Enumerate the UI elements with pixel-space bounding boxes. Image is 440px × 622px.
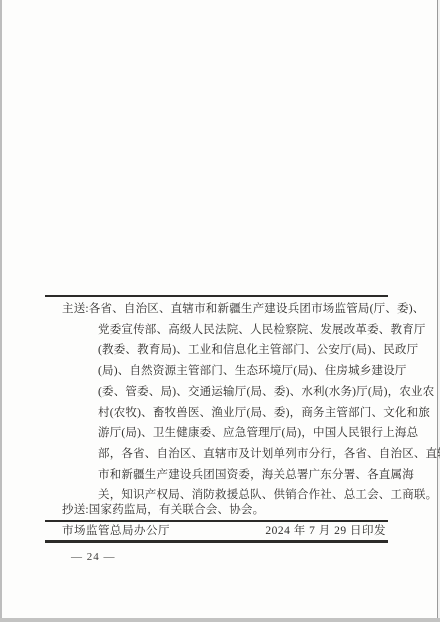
recipient-line: (局)、自然资源主管部门、生态环境厅(局)、住房城乡建设厅 (98, 361, 387, 382)
recipient-line: (教委、教育局)、工业和信息化主管部门、公安厅(局)、民政厅 (98, 340, 387, 361)
recipients-top-rule (45, 295, 388, 297)
recipient-line: 部，各省、自治区、直辖市及计划单列市分行，各省、自治区、直辖 (98, 444, 387, 465)
document-page: 主送:各省、自治区、直辖市和新疆生产建设兵团市场监管局(厅、委)、 党委宣传部、… (0, 0, 440, 622)
copy-send-label: 抄送: (62, 504, 89, 516)
recipient-line: (委、管委、局)、交通运输厅(局、委)、水利(水务)厅(局)，农业农 (98, 382, 387, 403)
main-send-first-line: 主送:各省、自治区、直辖市和新疆生产建设兵团市场监管局(厅、委)、 (62, 299, 387, 320)
recipient-line: 市和新疆生产建设兵团国资委，海关总署广东分署、各直属海 (98, 465, 387, 486)
page-number: — 24 — (71, 551, 116, 563)
footer-rule-top (45, 520, 388, 522)
footer-row: 市场监管总局办公厅 2024 年 7 月 29 日印发 (62, 524, 386, 538)
scan-edge-bottom (0, 618, 440, 622)
copy-send-content: 国家药监局，有关联合会、协会。 (89, 504, 265, 516)
recipient-line: 游厅(局)、卫生健康委、应急管理厅(局)，中国人民银行上海总 (98, 423, 387, 444)
copy-send-line: 抄送:国家药监局，有关联合会、协会。 (62, 503, 387, 518)
main-send-first-line-text: 各省、自治区、直辖市和新疆生产建设兵团市场监管局(厅、委)、 (89, 303, 425, 315)
scan-edge-left (0, 0, 2, 622)
recipient-line: 党委宣传部、高级人民法院、人民检察院、发展改革委、教育厅 (98, 320, 387, 341)
recipients-paragraph: 主送:各省、自治区、直辖市和新疆生产建设兵团市场监管局(厅、委)、 党委宣传部、… (62, 299, 387, 506)
recipient-line: 村(农牧)、畜牧兽医、渔业厅(局、委)，商务主管部门、文化和旅 (98, 403, 387, 424)
footer-rule-bottom (45, 540, 388, 543)
main-send-label: 主送: (62, 303, 89, 315)
footer-print-date: 2024 年 7 月 29 日印发 (265, 524, 386, 538)
footer-issuer: 市场监管总局办公厅 (62, 524, 170, 538)
